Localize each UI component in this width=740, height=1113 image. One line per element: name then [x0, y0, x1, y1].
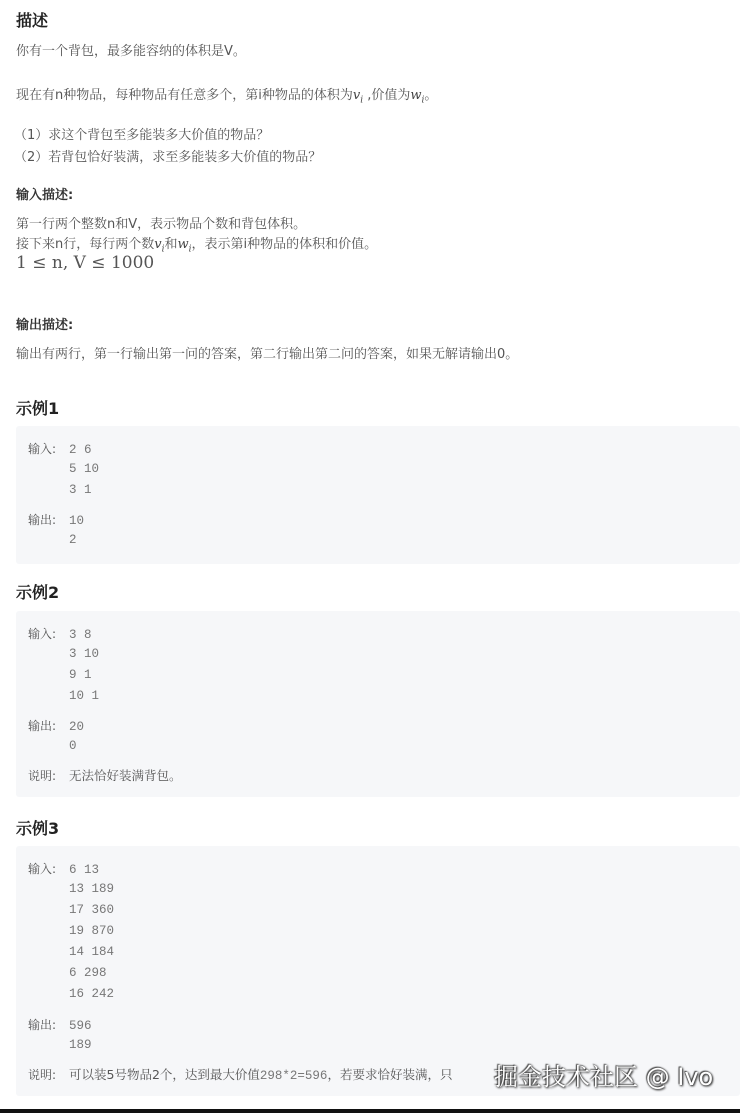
output-label: 输出:	[28, 717, 69, 734]
math-w: wi	[178, 237, 192, 252]
note-label: 说明:	[28, 1066, 69, 1083]
watermark: 掘金技术社区 @ Ivo	[494, 1057, 713, 1092]
input-label: 输入:	[28, 440, 69, 457]
example-3-title: 示例3	[16, 816, 59, 839]
description-line-2: 现在有n种物品，每种物品有任意多个，第i种物品的体积为vi ,价值为wi。	[16, 84, 437, 106]
example-2-output-row: 输出:20	[28, 717, 84, 734]
question-1: （1）求这个背包至多能装多大价值的物品？	[14, 124, 269, 143]
example-3-note-row: 说明:可以装5号物品2个，达到最大价值298*2=596，若要求恰好装满，只	[28, 1065, 452, 1083]
output-label: 输出:	[28, 511, 69, 528]
question-2: （2）若背包恰好装满，求至多能装多大价值的物品？	[14, 146, 321, 165]
input-desc-heading: 输入描述:	[16, 184, 73, 203]
description-line-1: 你有一个背包，最多能容纳的体积是V。	[16, 40, 246, 59]
input-label: 输入:	[28, 860, 69, 877]
example-3-input-row: 输入:6 13	[28, 860, 99, 877]
note-label: 说明:	[28, 767, 69, 784]
output-desc-heading: 输出描述:	[16, 314, 73, 333]
constraint-formula: 1 ≤ n, V ≤ 1000	[16, 253, 154, 273]
math-w: wi	[410, 88, 424, 103]
bottom-border	[0, 1109, 740, 1113]
example-3-output-row: 输出:596	[28, 1016, 92, 1033]
math-v: vi	[353, 88, 363, 103]
example-1-output-row: 输出:10	[28, 511, 84, 528]
example-2-title: 示例2	[16, 580, 59, 603]
example-1-box: 输入:2 6 5 10 3 1 输出:10 2	[16, 426, 740, 564]
example-2-input-row: 输入:3 8	[28, 625, 92, 642]
output-label: 输出:	[28, 1016, 69, 1033]
math-v: vi	[154, 237, 164, 252]
example-1-title: 示例1	[16, 396, 59, 419]
input-label: 输入:	[28, 625, 69, 642]
example-1-input-row: 输入:2 6	[28, 440, 92, 457]
input-desc-line-1: 第一行两个整数n和V，表示物品个数和背包体积。	[16, 213, 306, 232]
example-2-note-row: 说明:无法恰好装满背包。	[28, 766, 182, 784]
output-desc-line-1: 输出有两行，第一行输出第一问的答案，第二行输出第二问的答案，如果无解请输出0。	[16, 343, 518, 362]
input-desc-line-2: 接下来n行，每行两个数vi和wi，表示第i种物品的体积和价值。	[16, 233, 377, 255]
example-2-box: 输入:3 8 3 10 9 1 10 1 输出:20 0 说明:无法恰好装满背包…	[16, 611, 740, 797]
description-heading: 描述	[16, 8, 48, 31]
